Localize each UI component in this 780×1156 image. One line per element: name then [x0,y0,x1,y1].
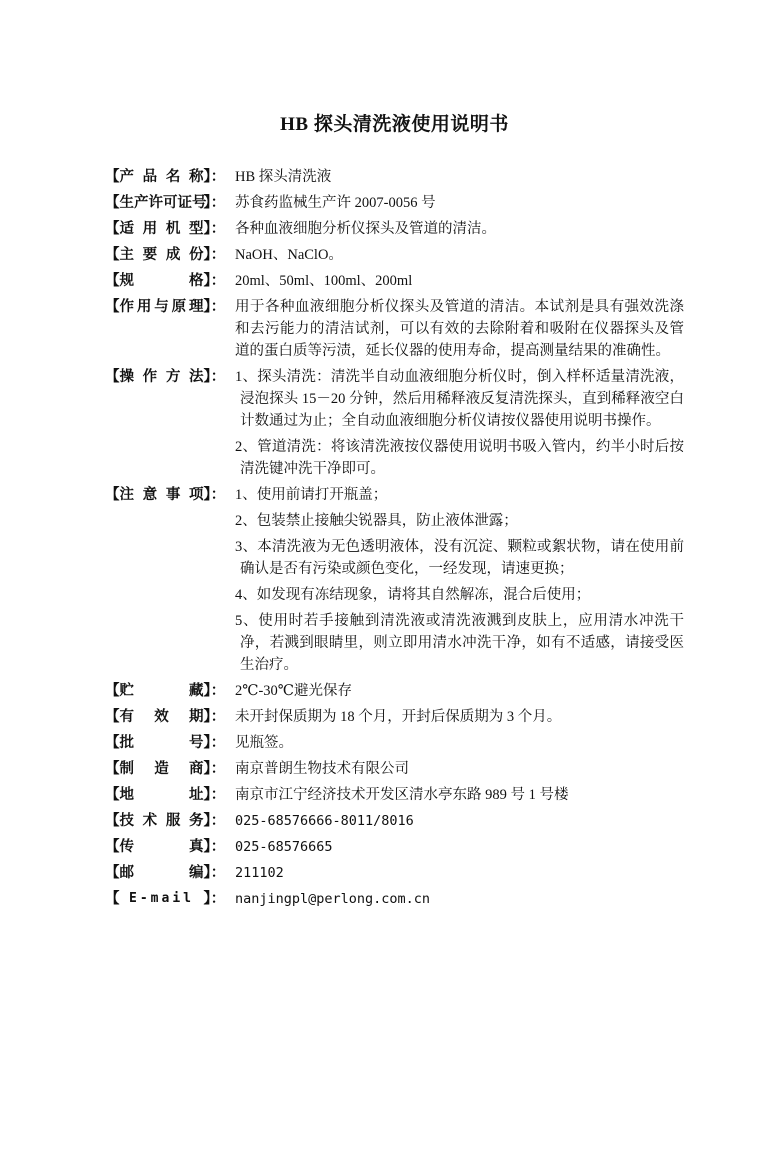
field-row-product-name: 【产品名称】： HB 探头清洗液 [105,166,684,188]
bracket-open: 【 [105,195,120,211]
bracket-close: 】： [204,865,226,881]
field-row-applicable-models: 【适用机型】： 各种血液细胞分析仪探头及管道的清洁。 [105,218,684,240]
field-row-operation-method: 【操作方法】： 1、探头清洗：清洗半自动血液细胞分析仪时，倒入样杯适量清洗液，浸… [105,366,684,480]
bracket-open: 【 [105,839,120,855]
field-label: 【贮藏】： [105,680,235,702]
field-label: 【生产许可证号】： [105,192,235,214]
field-label: 【制造商】： [105,758,235,780]
field-label-text: 作用与原理 [120,296,204,318]
field-label-text: 规格 [120,270,204,292]
field-value: nanjingpl@perlong.com.cn [235,888,684,910]
bracket-open: 【 [105,247,120,263]
field-value: 1、探头清洗：清洗半自动血液细胞分析仪时，倒入样杯适量清洗液，浸泡探头 15－2… [235,366,684,480]
field-label: 【主要成份】： [105,244,235,266]
field-label: 【规格】： [105,270,235,292]
bracket-close: 】： [204,487,226,503]
field-row-postal-code: 【邮编】： 211102 [105,862,684,884]
field-value: 20ml、50ml、100ml、200ml [235,270,684,292]
field-row-tech-service: 【技术服务】： 025-68576666-8011/8016 [105,810,684,832]
field-label: 【有效期】： [105,706,235,728]
field-row-email: 【E-mail】： nanjingpl@perlong.com.cn [105,888,684,910]
field-value: 未开封保质期为 18 个月，开封后保质期为 3 个月。 [235,706,684,728]
field-row-fax: 【传真】： 025-68576665 [105,836,684,858]
numbered-item: 4、如发现有冻结现象，请将其自然解冻，混合后使用； [235,584,684,606]
bracket-open: 【 [105,683,120,699]
field-value: 苏食药监械生产许 2007-0056 号 [235,192,684,214]
field-row-storage: 【贮藏】： 2℃-30℃避光保存 [105,680,684,702]
field-label: 【地址】： [105,784,235,806]
field-value: NaOH、NaClO。 [235,244,684,266]
field-label: 【注意事项】： [105,484,235,506]
field-value: 各种血液细胞分析仪探头及管道的清洁。 [235,218,684,240]
bracket-close: 】： [204,221,226,237]
numbered-item: 1、使用前请打开瓶盖； [235,484,684,506]
bracket-close: 】： [204,247,226,263]
bracket-close: 】： [204,761,226,777]
bracket-close: 】： [204,369,226,385]
numbered-item: 5、使用时若手接触到清洗液或清洗液溅到皮肤上，应用清水冲洗干净，若溅到眼睛里，则… [235,610,684,676]
field-value: 见瓶签。 [235,732,684,754]
field-label-text: 传真 [120,836,204,858]
field-label-text: 邮编 [120,862,204,884]
bracket-open: 【 [105,709,120,725]
bracket-close: 】： [204,787,226,803]
field-label-text: 注意事项 [120,484,204,506]
field-row-batch-number: 【批号】： 见瓶签。 [105,732,684,754]
field-label-text: 适用机型 [120,218,204,240]
field-row-manufacturer: 【制造商】： 南京普朗生物技术有限公司 [105,758,684,780]
field-label: 【操作方法】： [105,366,235,388]
field-value: 南京市江宁经济技术开发区清水亭东路 989 号 1 号楼 [235,784,684,806]
field-value: 2℃-30℃避光保存 [235,680,684,702]
numbered-item: 1、探头清洗：清洗半自动血液细胞分析仪时，倒入样杯适量清洗液，浸泡探头 15－2… [235,366,684,432]
field-row-shelf-life: 【有效期】： 未开封保质期为 18 个月，开封后保质期为 3 个月。 [105,706,684,728]
field-label: 【邮编】： [105,862,235,884]
bracket-open: 【 [105,299,120,315]
field-label-text: 技术服务 [120,810,204,832]
field-label: 【技术服务】： [105,810,235,832]
bracket-close: 】： [204,299,226,315]
field-value: HB 探头清洗液 [235,166,684,188]
field-label: 【作用与原理】： [105,296,235,318]
bracket-open: 【 [105,761,120,777]
bracket-open: 【 [105,169,120,185]
bracket-close: 】： [204,891,226,907]
bracket-open: 【 [105,787,120,803]
bracket-close: 】： [204,195,226,211]
field-label-text: 制造商 [120,758,204,780]
field-label-text: 有效期 [120,706,204,728]
field-row-precautions: 【注意事项】： 1、使用前请打开瓶盖； 2、包装禁止接触尖锐器具，防止液体泄露；… [105,484,684,676]
field-value: 025-68576666-8011/8016 [235,810,684,832]
bracket-close: 】： [204,273,226,289]
field-label-text: 批号 [120,732,204,754]
bracket-open: 【 [105,273,120,289]
field-label-text: 地址 [120,784,204,806]
field-row-main-ingredients: 【主要成份】： NaOH、NaClO。 [105,244,684,266]
bracket-open: 【 [105,487,120,503]
bracket-open: 【 [105,865,120,881]
document-page: HB 探头清洗液使用说明书 【产品名称】： HB 探头清洗液 【生产许可证号】：… [0,0,780,1156]
bracket-open: 【 [105,735,120,751]
field-label-text: 产品名称 [120,166,204,188]
field-label: 【适用机型】： [105,218,235,240]
field-label-text: 贮藏 [120,680,204,702]
numbered-item: 2、包装禁止接触尖锐器具，防止液体泄露； [235,510,684,532]
field-label: 【E-mail】： [105,888,235,910]
field-label-text: 生产许可证号 [120,192,204,214]
bracket-open: 【 [105,221,120,237]
bracket-open: 【 [105,891,120,907]
field-value: 用于各种血液细胞分析仪探头及管道的清洁。本试剂是具有强效洗涤和去污能力的清洁试剂… [235,296,684,362]
bracket-open: 【 [105,813,120,829]
field-row-function-principle: 【作用与原理】： 用于各种血液细胞分析仪探头及管道的清洁。本试剂是具有强效洗涤和… [105,296,684,362]
bracket-close: 】： [204,169,226,185]
field-value: 025-68576665 [235,836,684,858]
numbered-item: 3、本清洗液为无色透明液体，没有沉淀、颗粒或絮状物，请在使用前确认是否有污染或颜… [235,536,684,580]
field-label-text: 主要成份 [120,244,204,266]
numbered-item: 2、管道清洗：将该清洗液按仪器使用说明书吸入管内，约半小时后按清洗键冲洗干净即可… [235,436,684,480]
bracket-close: 】： [204,709,226,725]
bracket-close: 】： [204,813,226,829]
field-label: 【传真】： [105,836,235,858]
field-row-specifications: 【规格】： 20ml、50ml、100ml、200ml [105,270,684,292]
page-title: HB 探头清洗液使用说明书 [105,112,684,138]
field-value: 1、使用前请打开瓶盖； 2、包装禁止接触尖锐器具，防止液体泄露； 3、本清洗液为… [235,484,684,676]
field-value: 211102 [235,862,684,884]
field-label-text: E-mail [120,888,204,910]
field-value: 南京普朗生物技术有限公司 [235,758,684,780]
bracket-close: 】： [204,683,226,699]
bracket-open: 【 [105,369,120,385]
field-label: 【产品名称】： [105,166,235,188]
field-label-text: 操作方法 [120,366,204,388]
bracket-close: 】： [204,735,226,751]
field-label: 【批号】： [105,732,235,754]
field-row-license-number: 【生产许可证号】： 苏食药监械生产许 2007-0056 号 [105,192,684,214]
field-row-address: 【地址】： 南京市江宁经济技术开发区清水亭东路 989 号 1 号楼 [105,784,684,806]
bracket-close: 】： [204,839,226,855]
